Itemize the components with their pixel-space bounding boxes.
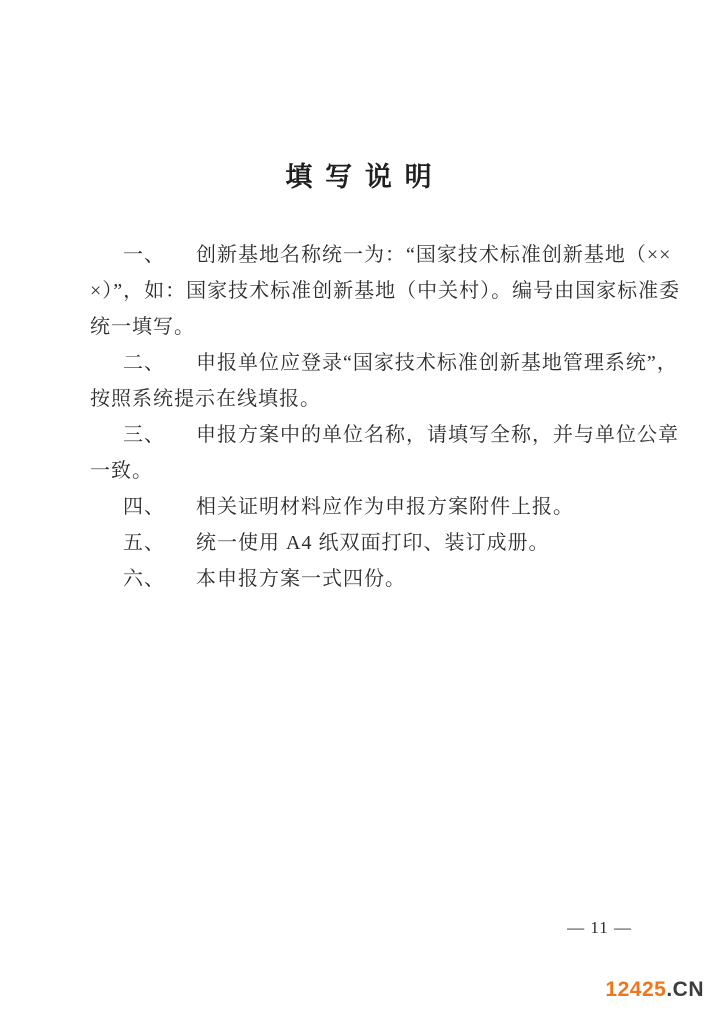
instruction-item-1-line-3: 统一填写。 — [90, 309, 638, 345]
instruction-item-6-line-1: 六、本申报方案一式四份。 — [90, 561, 638, 597]
item-2-number: 二、 — [123, 352, 165, 374]
instruction-item-3-line-1: 三、申报方案中的单位名称，请填写全称，并与单位公章 — [90, 417, 638, 453]
item-2-text: 申报单位应登录“国家技术标准创新基地管理系统”， — [196, 352, 678, 374]
item-6-text: 本申报方案一式四份。 — [196, 568, 406, 590]
watermark-logo: 12425.CN — [605, 979, 704, 1001]
instruction-item-3-line-2: 一致。 — [90, 453, 638, 489]
item-5-text: 统一使用 A4 纸双面打印、装订成册。 — [196, 532, 549, 554]
instruction-item-5-line-1: 五、统一使用 A4 纸双面打印、装订成册。 — [90, 525, 638, 561]
instruction-item-4-line-1: 四、相关证明材料应作为申报方案附件上报。 — [90, 489, 638, 525]
document-page: 填 写 说 明 一、创新基地名称统一为：“国家技术标准创新基地（×× ×）”，如… — [0, 0, 720, 1018]
item-3-number: 三、 — [123, 424, 165, 446]
item-4-number: 四、 — [123, 496, 165, 518]
watermark-site-text: 12425 — [605, 978, 666, 1001]
watermark-tld-text: .CN — [666, 978, 704, 1001]
instruction-item-2-line-1: 二、申报单位应登录“国家技术标准创新基地管理系统”， — [90, 345, 638, 381]
instruction-item-2-line-2: 按照系统提示在线填报。 — [90, 381, 638, 417]
instruction-item-1-line-1: 一、创新基地名称统一为：“国家技术标准创新基地（×× — [90, 237, 638, 273]
item-1-number: 一、 — [123, 244, 165, 266]
document-body: 一、创新基地名称统一为：“国家技术标准创新基地（×× ×）”，如：国家技术标准创… — [90, 237, 638, 597]
item-6-number: 六、 — [123, 568, 165, 590]
instruction-item-1-line-2: ×）”，如：国家技术标准创新基地（中关村）。编号由国家标准委 — [90, 273, 638, 309]
item-3-text: 申报方案中的单位名称，请填写全称，并与单位公章 — [196, 424, 679, 446]
item-5-number: 五、 — [123, 532, 165, 554]
item-4-text: 相关证明材料应作为申报方案附件上报。 — [196, 496, 574, 518]
page-number: — 11 — — [567, 918, 632, 938]
page-title: 填 写 说 明 — [0, 155, 720, 194]
item-1-text: 创新基地名称统一为：“国家技术标准创新基地（×× — [196, 244, 671, 266]
